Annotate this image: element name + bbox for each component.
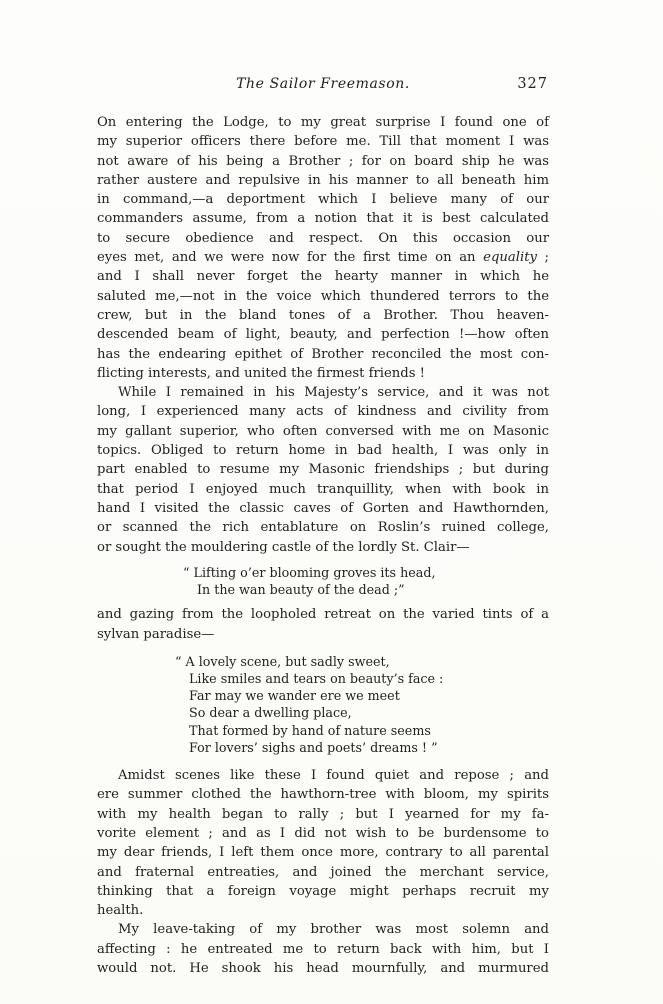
verse-line: “ Lifting o’er blooming groves its head,: [197, 564, 549, 581]
text-segment: eyes met, and we were now for the first …: [97, 250, 483, 265]
text-line: my dear friends, I left them once more, …: [97, 843, 549, 862]
text-line: with my health began to rally ; but I ye…: [97, 805, 549, 824]
page-number: 327: [517, 76, 548, 92]
text-line: or sought the mouldering castle of the l…: [97, 538, 549, 557]
verse-line: Far may we wander ere we meet: [189, 687, 549, 704]
text-line: Amidst scenes like these I found quiet a…: [97, 766, 549, 785]
text-line: On entering the Lodge, to my great surpr…: [97, 113, 549, 132]
paragraph-1: On entering the Lodge, to my great surpr…: [97, 113, 549, 383]
running-header: The Sailor Freemason. 327: [97, 76, 549, 98]
text-line: affecting : he entreated me to return ba…: [97, 940, 549, 959]
text-line-with-italic: eyes met, and we were now for the first …: [97, 248, 549, 267]
text-line: topics. Obliged to return home in bad he…: [97, 441, 549, 460]
text-block: The Sailor Freemason. 327 On entering th…: [97, 76, 549, 978]
text-line: flicting interests, and united the firme…: [97, 364, 549, 383]
running-header-title: The Sailor Freemason.: [97, 76, 549, 92]
text-line: My leave-taking of my brother was most s…: [97, 920, 549, 939]
text-line: and gazing from the loopholed retreat on…: [97, 605, 549, 624]
text-line: my gallant superior, who often conversed…: [97, 422, 549, 441]
verse-line: Like smiles and tears on beauty’s face :: [189, 670, 549, 687]
paragraph-2: While I remained in his Majesty’s servic…: [97, 383, 549, 557]
text-line: hand I visited the classic caves of Gort…: [97, 499, 549, 518]
text-line: saluted me,—not in the voice which thund…: [97, 287, 549, 306]
text-line: rather austere and repulsive in his mann…: [97, 171, 549, 190]
text-line: long, I experienced many acts of kindnes…: [97, 402, 549, 421]
verse-line: That formed by hand of nature seems: [189, 722, 549, 739]
text-line: my superior officers there before me. Ti…: [97, 132, 549, 151]
text-line: to secure obedience and respect. On this…: [97, 229, 549, 248]
text-line: vorite element ; and as I did not wish t…: [97, 824, 549, 843]
verse-line: So dear a dwelling place,: [189, 704, 549, 721]
text-line: descended beam of light, beauty, and per…: [97, 325, 549, 344]
text-line: that period I enjoyed much tranquillity,…: [97, 480, 549, 499]
text-segment: ;: [537, 250, 549, 265]
text-line: ere summer clothed the hawthorn-tree wit…: [97, 785, 549, 804]
text-line: in command,—a deportment which I believe…: [97, 190, 549, 209]
verse-line: “ A lovely scene, but sadly sweet,: [189, 653, 549, 670]
text-line: or scanned the rich entablature on Rosli…: [97, 518, 549, 537]
text-line: thinking that a foreign voyage might per…: [97, 882, 549, 901]
paragraph-5: My leave-taking of my brother was most s…: [97, 920, 549, 978]
text-line: and I shall never forget the hearty mann…: [97, 267, 549, 286]
verse-quotation-1: “ Lifting o’er blooming groves its head,…: [197, 564, 549, 598]
verse-line: For lovers’ sighs and poets’ dreams ! ”: [189, 739, 549, 756]
text-line: has the endearing epithet of Brother rec…: [97, 345, 549, 364]
text-line: not aware of his being a Brother ; for o…: [97, 152, 549, 171]
book-page: The Sailor Freemason. 327 On entering th…: [0, 0, 663, 1004]
italic-word: equality: [483, 250, 537, 265]
verse-quotation-2: “ A lovely scene, but sadly sweet, Like …: [189, 653, 549, 756]
text-line: sylvan paradise—: [97, 625, 549, 644]
paragraph-3: and gazing from the loopholed retreat on…: [97, 605, 549, 644]
text-line: crew, but in the bland tones of a Brothe…: [97, 306, 549, 325]
text-line: part enabled to resume my Masonic friend…: [97, 460, 549, 479]
paragraph-4: Amidst scenes like these I found quiet a…: [97, 766, 549, 920]
text-line: commanders assume, from a notion that it…: [97, 209, 549, 228]
text-line: While I remained in his Majesty’s servic…: [97, 383, 549, 402]
text-line: health.: [97, 901, 549, 920]
text-line: would not. He shook his head mournfully,…: [97, 959, 549, 978]
verse-line: In the wan beauty of the dead ;”: [197, 581, 549, 598]
text-line: and fraternal entreaties, and joined the…: [97, 863, 549, 882]
